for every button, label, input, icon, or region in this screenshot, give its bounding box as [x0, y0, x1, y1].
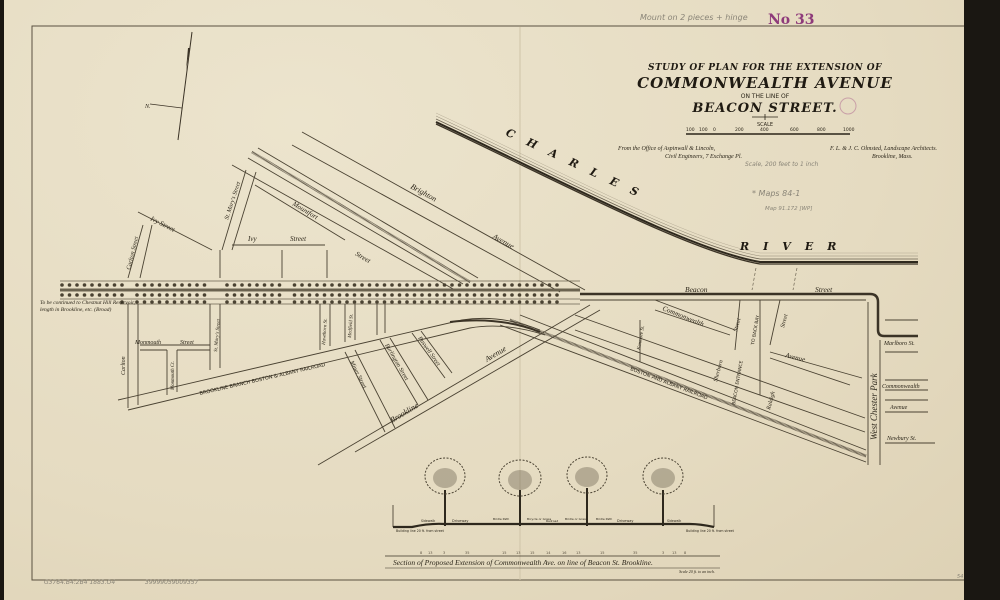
street-label-ivy-2: Ivy — [247, 235, 257, 243]
scale-tick: 200 — [735, 127, 744, 133]
tree-dot-icon — [465, 283, 469, 287]
tree-dot-icon — [338, 300, 342, 304]
title-line-1: Study of Plan for the Extension of — [648, 63, 882, 73]
credit-engineers-line2: Civil Engineers, 7 Exchange Pl. — [665, 154, 742, 160]
street-label-brighton-avenue: Avenue — [490, 231, 516, 251]
north-arrow-icon: N. — [144, 32, 192, 140]
tree-dot-icon — [240, 283, 244, 287]
section-label: Bridle or Grass — [565, 517, 588, 521]
scale-tick: 800 — [817, 127, 826, 133]
tree-dot-icon — [398, 293, 402, 297]
tree-dot-icon — [315, 300, 319, 304]
tree-dot-icon — [83, 293, 87, 297]
section-label: Bridle Path — [493, 517, 509, 521]
tree-dot-icon — [293, 293, 297, 297]
tree-dot-icon — [113, 293, 117, 297]
tree-dot-icon — [450, 283, 454, 287]
tree-dot-icon — [525, 283, 529, 287]
tree-dot-icon — [68, 283, 72, 287]
tree-dot-icon — [203, 300, 207, 304]
tree-dot-icon — [458, 293, 462, 297]
title-line-2: Commonwealth Avenue — [637, 74, 893, 92]
tree-dot-icon — [308, 283, 312, 287]
tree-dot-icon — [120, 293, 124, 297]
tree-dot-icon — [105, 293, 109, 297]
tree-dot-icon — [480, 283, 484, 287]
tree-dot-icon — [255, 300, 259, 304]
street-label-beacon-street: Street — [815, 285, 833, 294]
tree-dot-icon — [225, 293, 229, 297]
tree-dot-icon — [158, 283, 162, 287]
tree-dot-icon — [233, 300, 237, 304]
tree-dot-icon — [105, 283, 109, 287]
tree-dot-icon — [75, 293, 79, 297]
section-dimension: 8 — [420, 551, 422, 555]
catalog-barcode-number: 39999059009357 — [145, 579, 199, 586]
scale-tick: 400 — [760, 127, 769, 133]
tree-dot-icon — [68, 293, 72, 297]
tree-dot-icon — [188, 283, 192, 287]
section-label: Railroad — [546, 519, 558, 523]
tree-dot-icon — [428, 300, 432, 304]
tree-dot-icon — [353, 293, 357, 297]
street-label-mountfort: Mountfort — [290, 199, 320, 222]
continuation-note: To be continued to Chestnut Hill Reservo… — [40, 300, 135, 330]
tree-dot-icon — [510, 293, 514, 297]
section-label: Sidewalk — [667, 519, 681, 523]
tree-dot-icon — [413, 283, 417, 287]
tree-dot-icon — [555, 283, 559, 287]
tree-dot-icon — [263, 300, 267, 304]
tree-dot-icon — [98, 283, 102, 287]
scale-tick: 0 — [713, 127, 716, 133]
tree-dot-icon — [390, 293, 394, 297]
tree-dot-icon — [473, 293, 477, 297]
tree-dot-icon — [293, 283, 297, 287]
scale-bar: Scale 100 100 0 200 400 600 800 1000 — [686, 122, 855, 134]
tree-dot-icon — [533, 293, 537, 297]
section-dimension: 15 — [502, 551, 506, 555]
tree-dot-icon — [225, 283, 229, 287]
section-dimension: 3 — [662, 551, 664, 555]
tree-dot-icon — [488, 300, 492, 304]
tree-dot-icon — [188, 293, 192, 297]
tree-dot-icon — [173, 300, 177, 304]
tree-dot-icon — [338, 293, 342, 297]
tree-dot-icon — [330, 283, 334, 287]
tree-dot-icon — [300, 300, 304, 304]
street-label-ivy-3: Street — [290, 235, 307, 243]
pencil-note-map-number: * Maps 84-1 — [752, 189, 800, 198]
tree-dot-icon — [338, 283, 342, 287]
street-label-monmouth-ct: Monmouth Ct. — [171, 361, 176, 391]
tree-dot-icon — [443, 293, 447, 297]
tree-dot-icon — [390, 300, 394, 304]
tree-dot-icon — [83, 283, 87, 287]
tree-icon — [567, 457, 607, 526]
street-label-carlton-upper: Carlton Street — [126, 236, 140, 271]
street-label-beacon-entrance: Beacon Entrance — [731, 360, 745, 405]
tree-dot-icon — [383, 283, 387, 287]
tree-dot-icon — [473, 300, 477, 304]
pencil-note-scale: Scale, 200 feet to 1 inch — [745, 161, 818, 168]
tree-dot-icon — [525, 293, 529, 297]
tree-dot-icon — [518, 293, 522, 297]
tree-dot-icon — [503, 283, 507, 287]
tree-dot-icon — [458, 300, 462, 304]
street-label-deerfield: Street — [733, 317, 742, 332]
tree-dot-icon — [548, 300, 552, 304]
tree-dot-icon — [540, 283, 544, 287]
tree-dot-icon — [113, 283, 117, 287]
street-label-to-back-bay: to Back Bay — [750, 315, 761, 347]
street-label-kenmore: Kenmore St. — [637, 325, 646, 351]
tree-dot-icon — [398, 300, 402, 304]
tree-dot-icon — [480, 300, 484, 304]
tree-dot-icon — [143, 300, 147, 304]
tree-dot-icon — [248, 283, 252, 287]
tree-dot-icon — [345, 293, 349, 297]
tree-dot-icon — [248, 293, 252, 297]
street-label-st-marys-lower: St. Mary's Street — [214, 318, 222, 352]
tree-dot-icon — [240, 300, 244, 304]
tree-dot-icon — [180, 283, 184, 287]
tree-dot-icon — [90, 283, 94, 287]
tree-dot-icon — [225, 300, 229, 304]
pencil-note-map-ref: Map 91.172 [WP] — [765, 206, 812, 212]
catalog-call-number: G3764.B4:2B4 1883.O4 — [44, 579, 115, 586]
tree-dot-icon — [195, 283, 199, 287]
tree-dot-icon — [158, 300, 162, 304]
tree-dot-icon — [518, 300, 522, 304]
street-label-monmouth-street: Street — [180, 340, 194, 346]
pencil-note-mount: Mount on 2 pieces + hinge — [640, 13, 748, 22]
tree-dot-icon — [323, 300, 327, 304]
tree-dot-icon — [510, 283, 514, 287]
tree-dot-icon — [278, 293, 282, 297]
tree-dot-icon — [135, 283, 139, 287]
credit-olmsted-line2: Brookline, Mass. — [872, 154, 913, 160]
tree-dot-icon — [270, 300, 274, 304]
tree-dot-icon — [195, 293, 199, 297]
tree-dot-icon — [158, 293, 162, 297]
tree-dot-icon — [315, 293, 319, 297]
tree-dot-icon — [323, 293, 327, 297]
section-label: Driveway — [617, 519, 633, 523]
tree-dot-icon — [450, 300, 454, 304]
section-label: Sidewalk — [421, 519, 435, 523]
street-label-avenue-right: Avenue — [889, 405, 908, 411]
tree-dot-icon — [315, 283, 319, 287]
railroad-label-brookline-branch: Brookline Branch Boston & Albany Railroa… — [199, 362, 326, 397]
tree-dot-icon — [195, 300, 199, 304]
tree-dot-icon — [120, 283, 124, 287]
tree-dot-icon — [188, 300, 192, 304]
tree-dot-icon — [60, 283, 64, 287]
section-caption: Section of Proposed Extension of Commonw… — [393, 558, 653, 567]
tree-dot-icon — [458, 283, 462, 287]
street-label-st-marys-upper: St. Mary's Street — [224, 181, 242, 221]
tree-dot-icon — [503, 293, 507, 297]
tree-dot-icon — [165, 293, 169, 297]
street-label-commonwealth-avenue: Avenue — [784, 351, 807, 364]
tree-dot-icon — [533, 283, 537, 287]
tree-dot-icon — [180, 293, 184, 297]
tree-dot-icon — [540, 293, 544, 297]
tree-dot-icon — [255, 283, 259, 287]
tree-dot-icon — [75, 283, 79, 287]
tree-dot-icon — [503, 300, 507, 304]
section-scale-note: Scale 20 ft. to an inch. — [679, 569, 715, 574]
tree-dot-icon — [353, 300, 357, 304]
tree-dot-icon — [293, 300, 297, 304]
railroad-main: Boston and Albany Railroad — [500, 315, 866, 462]
street-label-ivy-1: Ivy Street — [148, 214, 177, 234]
tree-dot-icon — [165, 283, 169, 287]
scale-tick: 100 — [686, 127, 695, 133]
tree-dot-icon — [443, 283, 447, 287]
tree-dot-icon — [510, 300, 514, 304]
section-dimension: 15 — [530, 551, 534, 555]
tree-dot-icon — [533, 300, 537, 304]
tree-dot-icon — [413, 300, 417, 304]
tree-dot-icon — [413, 293, 417, 297]
tree-dot-icon — [375, 283, 379, 287]
tree-dot-icon — [495, 283, 499, 287]
railroad-brookline-branch: Brookline Branch Boston & Albany Railroa… — [118, 318, 545, 410]
tree-icon — [643, 458, 683, 526]
title-line-3: on the line of — [741, 93, 790, 100]
tree-dot-icon — [435, 283, 439, 287]
street-label-monmouth: Monmouth — [134, 340, 161, 346]
tree-dot-icon — [90, 293, 94, 297]
tree-dot-icon — [518, 283, 522, 287]
tree-dot-icon — [383, 300, 387, 304]
tree-dot-icon — [435, 293, 439, 297]
tree-dot-icon — [435, 300, 439, 304]
tree-dot-icon — [548, 283, 552, 287]
tree-dot-icon — [495, 300, 499, 304]
tree-dot-icon — [405, 300, 409, 304]
street-label-marlboro: Marlboro St. — [883, 341, 915, 347]
section-dimension: 35 — [633, 551, 637, 555]
tree-dot-icon — [233, 293, 237, 297]
tree-dot-icon — [428, 293, 432, 297]
tree-dot-icon — [428, 283, 432, 287]
tree-dot-icon — [555, 293, 559, 297]
tree-dot-icon — [323, 283, 327, 287]
tree-dot-icon — [555, 300, 559, 304]
railroad-upper — [232, 148, 478, 290]
map-canvas: N. Study of Plan for the Extension of Co… — [4, 0, 984, 600]
scale-tick: 100 — [699, 127, 708, 133]
tree-dot-icon — [420, 300, 424, 304]
tree-dot-icon — [420, 283, 424, 287]
section-dimension: 15 — [600, 551, 604, 555]
tree-dot-icon — [488, 293, 492, 297]
tree-dot-icon — [173, 293, 177, 297]
street-label-commonwealth-right: Commonwealth — [882, 384, 920, 390]
tree-dot-icon — [540, 300, 544, 304]
street-label-medfield: Medfield St. — [348, 314, 355, 339]
section-dimension: 13 — [576, 551, 580, 555]
map-sheet: N. Study of Plan for the Extension of Co… — [4, 0, 984, 600]
street-label-carlton-lower: Carlton — [121, 356, 127, 375]
tree-dot-icon — [368, 300, 372, 304]
tree-dot-icon — [495, 293, 499, 297]
street-label-raleigh: Raleigh — [766, 391, 777, 412]
title-line-4: Beacon Street. — [691, 101, 837, 116]
tree-dot-icon — [368, 293, 372, 297]
tree-dot-icon — [405, 293, 409, 297]
street-label-west-chester-park: West Chester Park — [869, 372, 879, 440]
street-label-miner: Miner Street — [348, 359, 368, 390]
tree-dot-icon — [450, 293, 454, 297]
tree-dot-icon — [398, 283, 402, 287]
north-label: N. — [144, 104, 151, 110]
section-dimension: 13 — [428, 551, 432, 555]
tree-dot-icon — [203, 293, 207, 297]
section-dimension: 13 — [516, 551, 520, 555]
tree-dot-icon — [375, 293, 379, 297]
section-dimension: 3 — [443, 551, 445, 555]
cross-section-diagram: Building line 20 ft. from street Sidewal… — [385, 457, 735, 574]
street-label-buswell: Buswell Street — [416, 336, 441, 368]
tree-dot-icon — [263, 293, 267, 297]
tree-dot-icon — [383, 293, 387, 297]
section-label: Building line 20 ft. from street — [396, 529, 445, 533]
street-label-newbury: Newbury St. — [886, 436, 916, 442]
beacon-street-extension — [60, 281, 580, 304]
scale-tick: 600 — [790, 127, 799, 133]
tree-dot-icon — [135, 300, 139, 304]
tree-dot-icon — [150, 293, 154, 297]
section-label: Building line 20 ft. from street — [686, 529, 735, 533]
tree-dot-icon — [488, 283, 492, 287]
street-label-sherborn: Sherborn — [713, 359, 725, 382]
street-label-brookline: Brookline — [388, 401, 420, 425]
tree-dot-icon — [345, 300, 349, 304]
section-dimension: 13 — [672, 551, 676, 555]
credit-olmsted-line1: F. L. & J. C. Olmsted, Landscape Archite… — [829, 146, 937, 152]
tree-dot-icon — [233, 283, 237, 287]
tree-dot-icon — [465, 293, 469, 297]
tree-dot-icon — [98, 293, 102, 297]
tree-dot-icon — [548, 293, 552, 297]
tree-dot-icon — [248, 300, 252, 304]
street-label-mountfort-street: Street — [354, 250, 373, 266]
tree-dot-icon — [150, 283, 154, 287]
tree-dot-icon — [330, 293, 334, 297]
mount-edge — [964, 0, 984, 600]
brighton-avenue: Brighton Avenue — [292, 132, 585, 292]
credit-engineers-line1: From the Office of Aspinwall & Lincoln, — [617, 145, 716, 152]
tree-dot-icon — [270, 293, 274, 297]
tree-icon — [425, 458, 465, 526]
tree-dot-icon — [278, 300, 282, 304]
tree-dot-icon — [263, 283, 267, 287]
section-dimension: 16 — [562, 551, 566, 555]
tree-dot-icon — [345, 283, 349, 287]
tree-dot-icon — [270, 283, 274, 287]
section-dimension: 8 — [684, 551, 686, 555]
tree-dot-icon — [143, 283, 147, 287]
tree-dot-icon — [135, 293, 139, 297]
library-stamp-icon — [840, 98, 856, 114]
tree-dot-icon — [375, 300, 379, 304]
street-label-beacon: Beacon — [685, 285, 708, 294]
tree-dot-icon — [300, 293, 304, 297]
beacon-street: Beacon Street — [580, 285, 918, 336]
tree-dot-icon — [368, 283, 372, 287]
tree-dot-icon — [278, 283, 282, 287]
scale-tick: 1000 — [843, 127, 855, 133]
tree-dot-icon — [443, 300, 447, 304]
tree-dot-icon — [360, 283, 364, 287]
tree-dot-icon — [143, 293, 147, 297]
title-block: Study of Plan for the Extension of Commo… — [637, 63, 893, 120]
tree-dot-icon — [360, 293, 364, 297]
street-label-hawthorn: Hawthorn St. — [322, 318, 329, 346]
tree-dot-icon — [180, 300, 184, 304]
tree-dot-icon — [173, 283, 177, 287]
tree-dot-icon — [405, 283, 409, 287]
tree-dot-icon — [300, 283, 304, 287]
section-dimension: 14 — [546, 551, 551, 555]
river-label-river: RIVER — [739, 240, 850, 253]
tree-dot-icon — [480, 293, 484, 297]
tree-dot-icon — [353, 283, 357, 287]
tree-dot-icon — [165, 300, 169, 304]
tree-dot-icon — [465, 300, 469, 304]
section-label: Driveway — [452, 519, 468, 523]
tree-dot-icon — [360, 300, 364, 304]
street-label-deerfield-2: Street — [780, 313, 789, 328]
tree-dot-icon — [255, 293, 259, 297]
tree-dot-icon — [308, 293, 312, 297]
section-label: Bridle Path — [596, 517, 612, 521]
tree-dot-icon — [420, 293, 424, 297]
tree-dot-icon — [60, 293, 64, 297]
tree-dot-icon — [150, 300, 154, 304]
section-dimension: 35 — [465, 551, 469, 555]
tree-dot-icon — [525, 300, 529, 304]
tree-dot-icon — [308, 300, 312, 304]
tree-dot-icon — [390, 283, 394, 287]
tree-dot-icon — [330, 300, 334, 304]
tree-dot-icon — [240, 293, 244, 297]
tree-dot-icon — [203, 283, 207, 287]
tree-dot-icon — [473, 283, 477, 287]
